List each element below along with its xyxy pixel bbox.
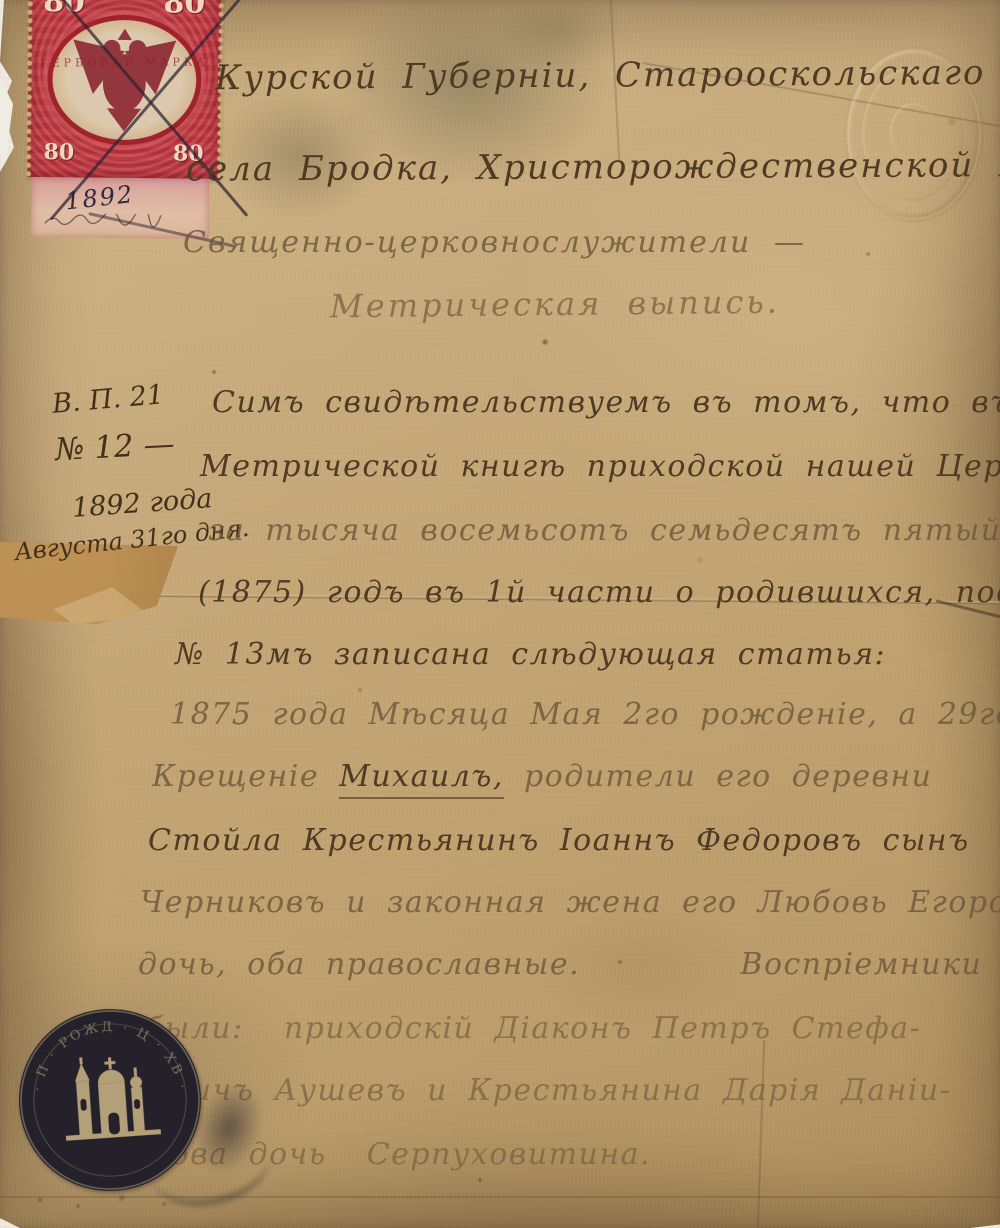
name-line-prefix: Крещеніе — [152, 759, 339, 794]
header-clergy-line: Священно-церковнослужители — — [183, 228, 806, 258]
body-line: Метрической книгѣ приходской нашей Церкв… — [200, 452, 1000, 482]
scanned-document-page: 80 80 80 80 ГЕРБОВАЯ МАРКА 1892 Курской … — [0, 0, 1000, 1228]
header-village-line: села Бродка, Христорождественской Церкви… — [186, 147, 1000, 186]
handwritten-scribble — [43, 213, 183, 228]
body-line: были: приходскій Діаконъ Петръ Стефа- — [145, 1014, 921, 1044]
body-line: № 13мъ записана слѣдующая статья: — [175, 640, 886, 670]
document-title: Метрическая выпись. — [330, 286, 780, 323]
stamp-oval — [52, 19, 197, 141]
stamp-denomination: 80 — [44, 141, 75, 163]
body-line: Стойла Крестьянинъ Іоаннъ Федоровъ сынъ — [148, 826, 970, 856]
stamp-perforation — [24, 0, 33, 177]
margin-number-note: № 12 — — [54, 429, 175, 466]
body-line: Симъ свидѣтельствуемъ въ томъ, что въ — [212, 388, 1000, 418]
stamp-denomination: 80 — [163, 0, 205, 19]
body-line-baptism-name: Крещеніе Михаилъ, родители его деревни — [152, 762, 933, 792]
baptized-name: Михаилъ, — [339, 759, 504, 799]
revenue-stamp: 80 80 80 80 ГЕРБОВАЯ МАРКА 1892 — [27, 0, 222, 241]
stamp-ring-text: ГЕРБОВАЯ МАРКА — [29, 55, 221, 69]
body-line: за тысяча восемьсотъ семьдесятъ пятый — [208, 516, 1000, 546]
body-line: 1875 года Мѣсяца Мая 2го рожденіе, а 29г… — [170, 700, 1000, 730]
name-line-suffix: родители его деревни — [504, 759, 933, 794]
double-headed-eagle-icon — [52, 19, 197, 141]
header-province-line: Курской Губерніи, Старооскольскаго уѣзда… — [215, 55, 1000, 95]
seal-ink-spatter — [30, 1190, 190, 1216]
body-line: дочь, оба православные. Воспріемники — [138, 950, 982, 980]
body-line: (1875) годъ въ 1й части о родившихся, по… — [198, 578, 1000, 608]
body-line: Черниковъ и законная жена его Любовь Его… — [140, 888, 1000, 918]
